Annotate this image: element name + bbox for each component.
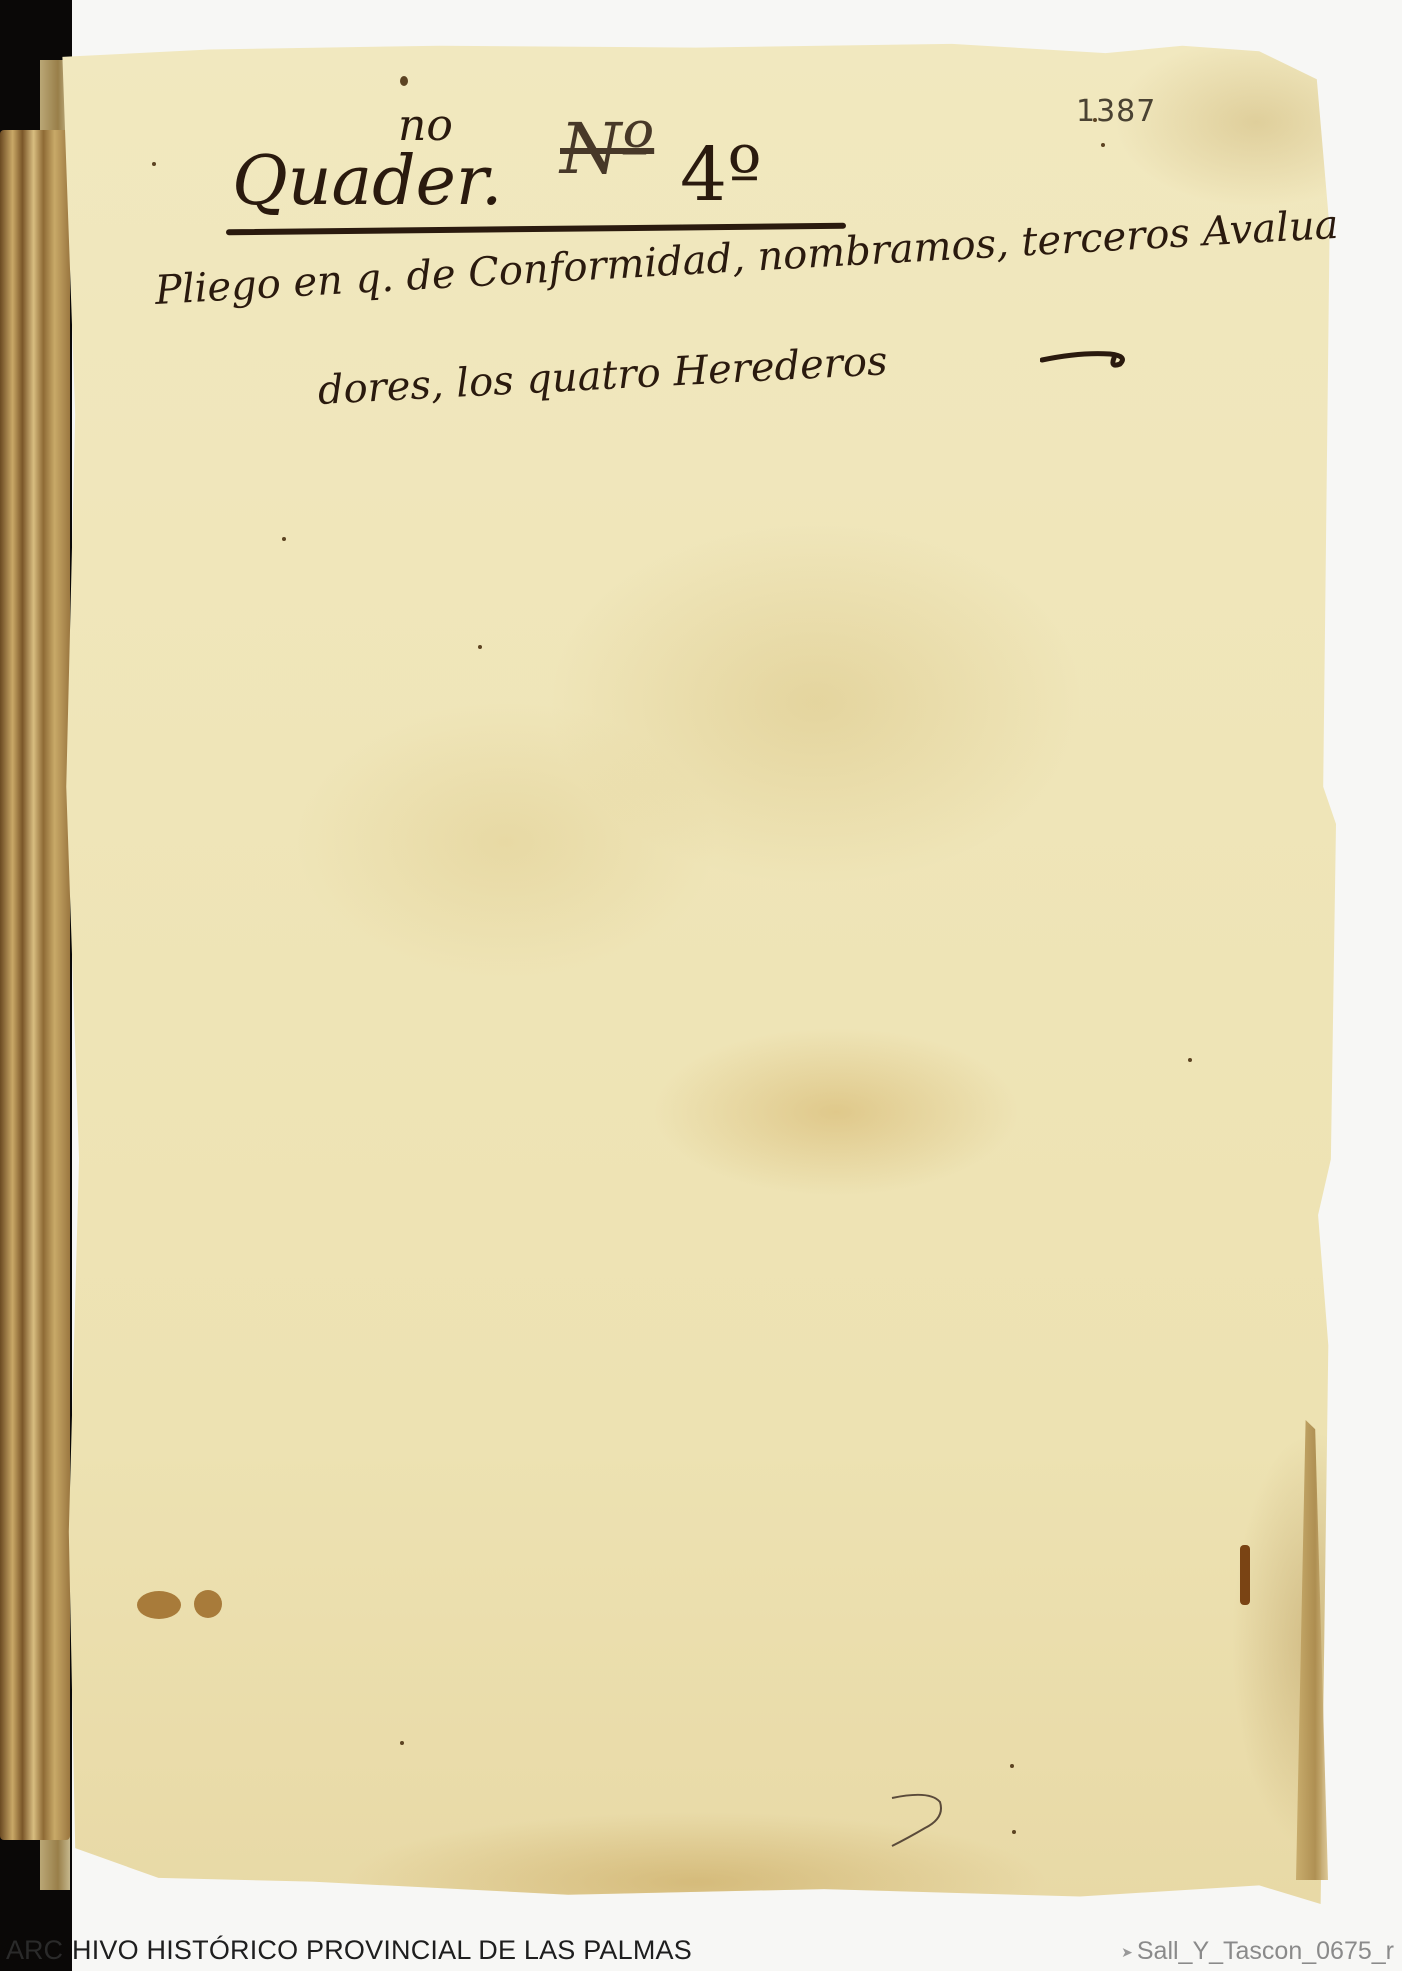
speck: [1101, 143, 1105, 147]
heading-crossed-out: Nº: [560, 108, 654, 190]
ink-stain: [1240, 1545, 1250, 1605]
speck: [1188, 1058, 1192, 1062]
ink-stain: [137, 1591, 181, 1619]
speck: [478, 645, 482, 649]
speck: [152, 162, 156, 166]
heading-superscript: no: [398, 100, 453, 151]
image-reference: ➤Sall_Y_Tascon_0675_r: [1121, 1937, 1394, 1966]
ink-stain: [194, 1590, 222, 1618]
heading-number: 4º: [680, 132, 762, 218]
speck: [1012, 1830, 1016, 1834]
bullet-arrow-icon: ➤: [1121, 1944, 1133, 1960]
flourish-icon: [1040, 340, 1130, 370]
folio-number: 1387: [1076, 94, 1156, 129]
book-spine: [0, 130, 70, 1840]
speck: [400, 1741, 404, 1745]
speck: [400, 76, 408, 86]
speck: [282, 537, 286, 541]
archive-caption: HIVO HISTÓRICO PROVINCIAL DE LAS PALMAS: [72, 1935, 692, 1966]
image-reference-label: Sall_Y_Tascon_0675_r: [1137, 1937, 1394, 1965]
archive-caption-hidden-prefix: ARC: [6, 1935, 72, 1966]
page-hole: [852, 1891, 866, 1905]
speck: [1010, 1764, 1014, 1768]
pencil-mark-icon: [890, 1790, 960, 1850]
manuscript-page: [56, 42, 1336, 1904]
heading-word: Quader.: [232, 142, 503, 221]
